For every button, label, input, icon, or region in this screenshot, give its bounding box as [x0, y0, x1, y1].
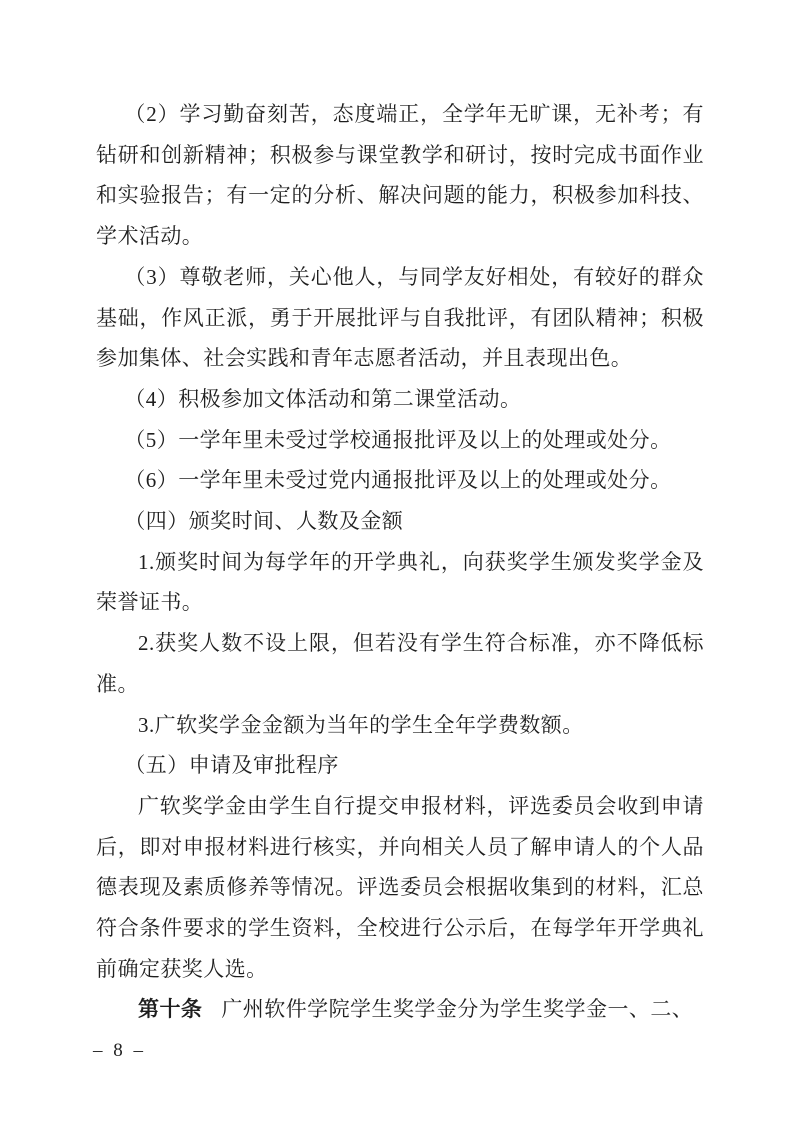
paragraph-clause-3: （3）尊敬老师，关心他人，与同学友好相处，有较好的群众基础，作风正派，勇于开展批… — [96, 257, 704, 379]
section-heading-5: （五）申请及审批程序 — [96, 745, 704, 786]
section-heading-4: （四）颁奖时间、人数及金额 — [96, 501, 704, 542]
paragraph-clause-6: （6）一学年里未受过党内通报批评及以上的处理或处分。 — [96, 460, 704, 501]
page-number: – 8 – — [93, 1040, 146, 1062]
document-page: （2）学习勤奋刻苦，态度端正，全学年无旷课，无补考；有钻研和创新精神；积极参与课… — [0, 0, 793, 1122]
paragraph-clause-5: （5）一学年里未受过学校通报批评及以上的处理或处分。 — [96, 420, 704, 461]
paragraph-item-2: 2.获奖人数不设上限，但若没有学生符合标准，亦不降低标准。 — [96, 623, 704, 704]
paragraph-article-10: 第十条广州软件学院学生奖学金分为学生奖学金一、二、 — [96, 989, 704, 1030]
paragraph-clause-2: （2）学习勤奋刻苦，态度端正，全学年无旷课，无补考；有钻研和创新精神；积极参与课… — [96, 94, 704, 257]
article-number-label: 第十条 — [138, 997, 202, 1021]
paragraph-procedure: 广软奖学金由学生自行提交申报材料，评选委员会收到申请后，即对申报材料进行核实，并… — [96, 786, 704, 990]
paragraph-clause-4: （4）积极参加文体活动和第二课堂活动。 — [96, 379, 704, 420]
paragraph-item-1: 1.颁奖时间为每学年的开学典礼，向获奖学生颁发奖学金及荣誉证书。 — [96, 542, 704, 623]
paragraph-item-3: 3.广软奖学金金额为当年的学生全年学费数额。 — [96, 705, 704, 746]
article-text: 广州软件学院学生奖学金分为学生奖学金一、二、 — [221, 997, 693, 1021]
document-body: （2）学习勤奋刻苦，态度端正，全学年无旷课，无补考；有钻研和创新精神；积极参与课… — [96, 94, 704, 1030]
